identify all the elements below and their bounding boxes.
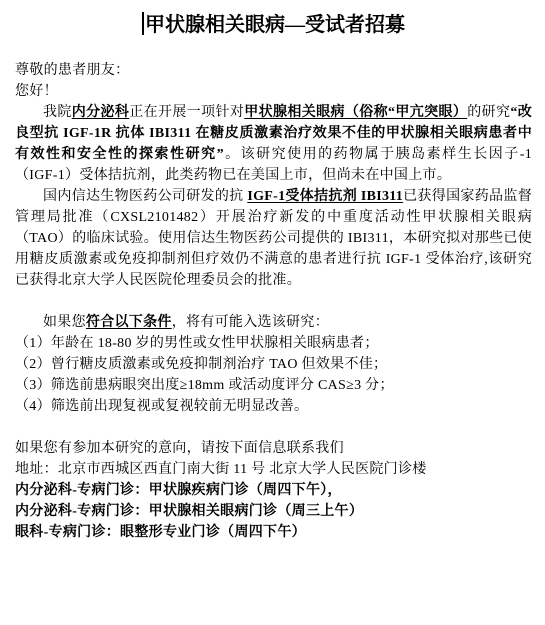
document-body: 尊敬的患者朋友：您好！我院内分泌科正在开展一项针对甲状腺相关眼病（俗称“甲亢突眼…	[15, 60, 532, 543]
criteria-item-2: （2）曾行糖皮质激素或免疫抑制剂治疗 TAO 但效果不佳；	[15, 354, 532, 375]
text-run: 眼科-专病门诊：眼整形专业门诊（周四下午）	[15, 525, 306, 540]
salutation: 尊敬的患者朋友：	[15, 60, 532, 81]
blank-line	[15, 417, 532, 438]
text-run: （3）筛选前患病眼突出度≥18mm 或活动度评分 CAS≥3 分；	[15, 378, 394, 393]
text-run: 如果您	[43, 315, 86, 330]
clinic-ophthalmology: 眼科-专病门诊：眼整形专业门诊（周四下午）	[15, 522, 532, 543]
criteria-item-1: （1）年龄在 18-80 岁的男性或女性甲状腺相关眼病患者；	[15, 333, 532, 354]
page-title: 甲状腺相关眼病—受试者招募	[145, 14, 405, 36]
clinic-endocrine-tao: 内分泌科-专病门诊：甲状腺相关眼病门诊（周三上午）	[15, 501, 532, 522]
text-run: 内分泌科	[72, 105, 130, 120]
text-run: 尊敬的患者朋友：	[15, 63, 129, 78]
text-run: 我院	[43, 105, 72, 120]
text-run: IGF-1受体拮抗剂 IBI311	[247, 189, 403, 204]
approval-paragraph: 国内信达生物医药公司研发的抗 IGF-1受体拮抗剂 IBI311已获得国家药品监…	[15, 186, 532, 291]
text-run: （2）曾行糖皮质激素或免疫抑制剂治疗 TAO 但效果不佳；	[15, 357, 387, 372]
text-run: 如果您有参加本研究的意向，请按下面信息联系我们	[15, 441, 344, 456]
text-run: ，将有可能入选该研究：	[172, 315, 329, 330]
text-run: 您好！	[15, 84, 58, 99]
clinic-endocrine-thyroid: 内分泌科-专病门诊：甲状腺疾病门诊（周四下午），	[15, 480, 532, 501]
eligibility-intro: 如果您符合以下条件，将有可能入选该研究：	[15, 312, 532, 333]
study-intro-paragraph: 我院内分泌科正在开展一项针对甲状腺相关眼病（俗称“甲亢突眼）的研究“改良型抗 I…	[15, 102, 532, 186]
contact-intro: 如果您有参加本研究的意向，请按下面信息联系我们	[15, 438, 532, 459]
text-run: 符合以下条件	[86, 315, 172, 330]
title-row: 甲状腺相关眼病—受试者招募	[15, 8, 532, 37]
greeting: 您好！	[15, 81, 532, 102]
document-page: 甲状腺相关眼病—受试者招募 尊敬的患者朋友：您好！我院内分泌科正在开展一项针对甲…	[0, 0, 545, 625]
text-run: 甲状腺相关眼病（俗称“甲亢突眼）	[244, 105, 467, 120]
text-cursor	[142, 12, 144, 35]
text-run: 内分泌科-专病门诊：甲状腺疾病门诊（周四下午），	[15, 483, 342, 498]
blank-line	[15, 291, 532, 312]
criteria-item-4: （4）筛选前出现复视或复视较前无明显改善。	[15, 396, 532, 417]
address-line: 地址：北京市西城区西直门南大街 11 号 北京大学人民医院门诊楼	[15, 459, 532, 480]
text-run: （4）筛选前出现复视或复视较前无明显改善。	[15, 399, 308, 414]
text-run: 正在开展一项针对	[129, 105, 244, 120]
criteria-item-3: （3）筛选前患病眼突出度≥18mm 或活动度评分 CAS≥3 分；	[15, 375, 532, 396]
text-run: 内分泌科-专病门诊：甲状腺相关眼病门诊（周三上午）	[15, 504, 363, 519]
text-run: （1）年龄在 18-80 岁的男性或女性甲状腺相关眼病患者；	[15, 336, 379, 351]
text-run: 国内信达生物医药公司研发的抗	[43, 189, 247, 204]
text-run: 的研究	[467, 105, 510, 120]
text-run: 地址：北京市西城区西直门南大街 11 号 北京大学人民医院门诊楼	[15, 462, 427, 477]
